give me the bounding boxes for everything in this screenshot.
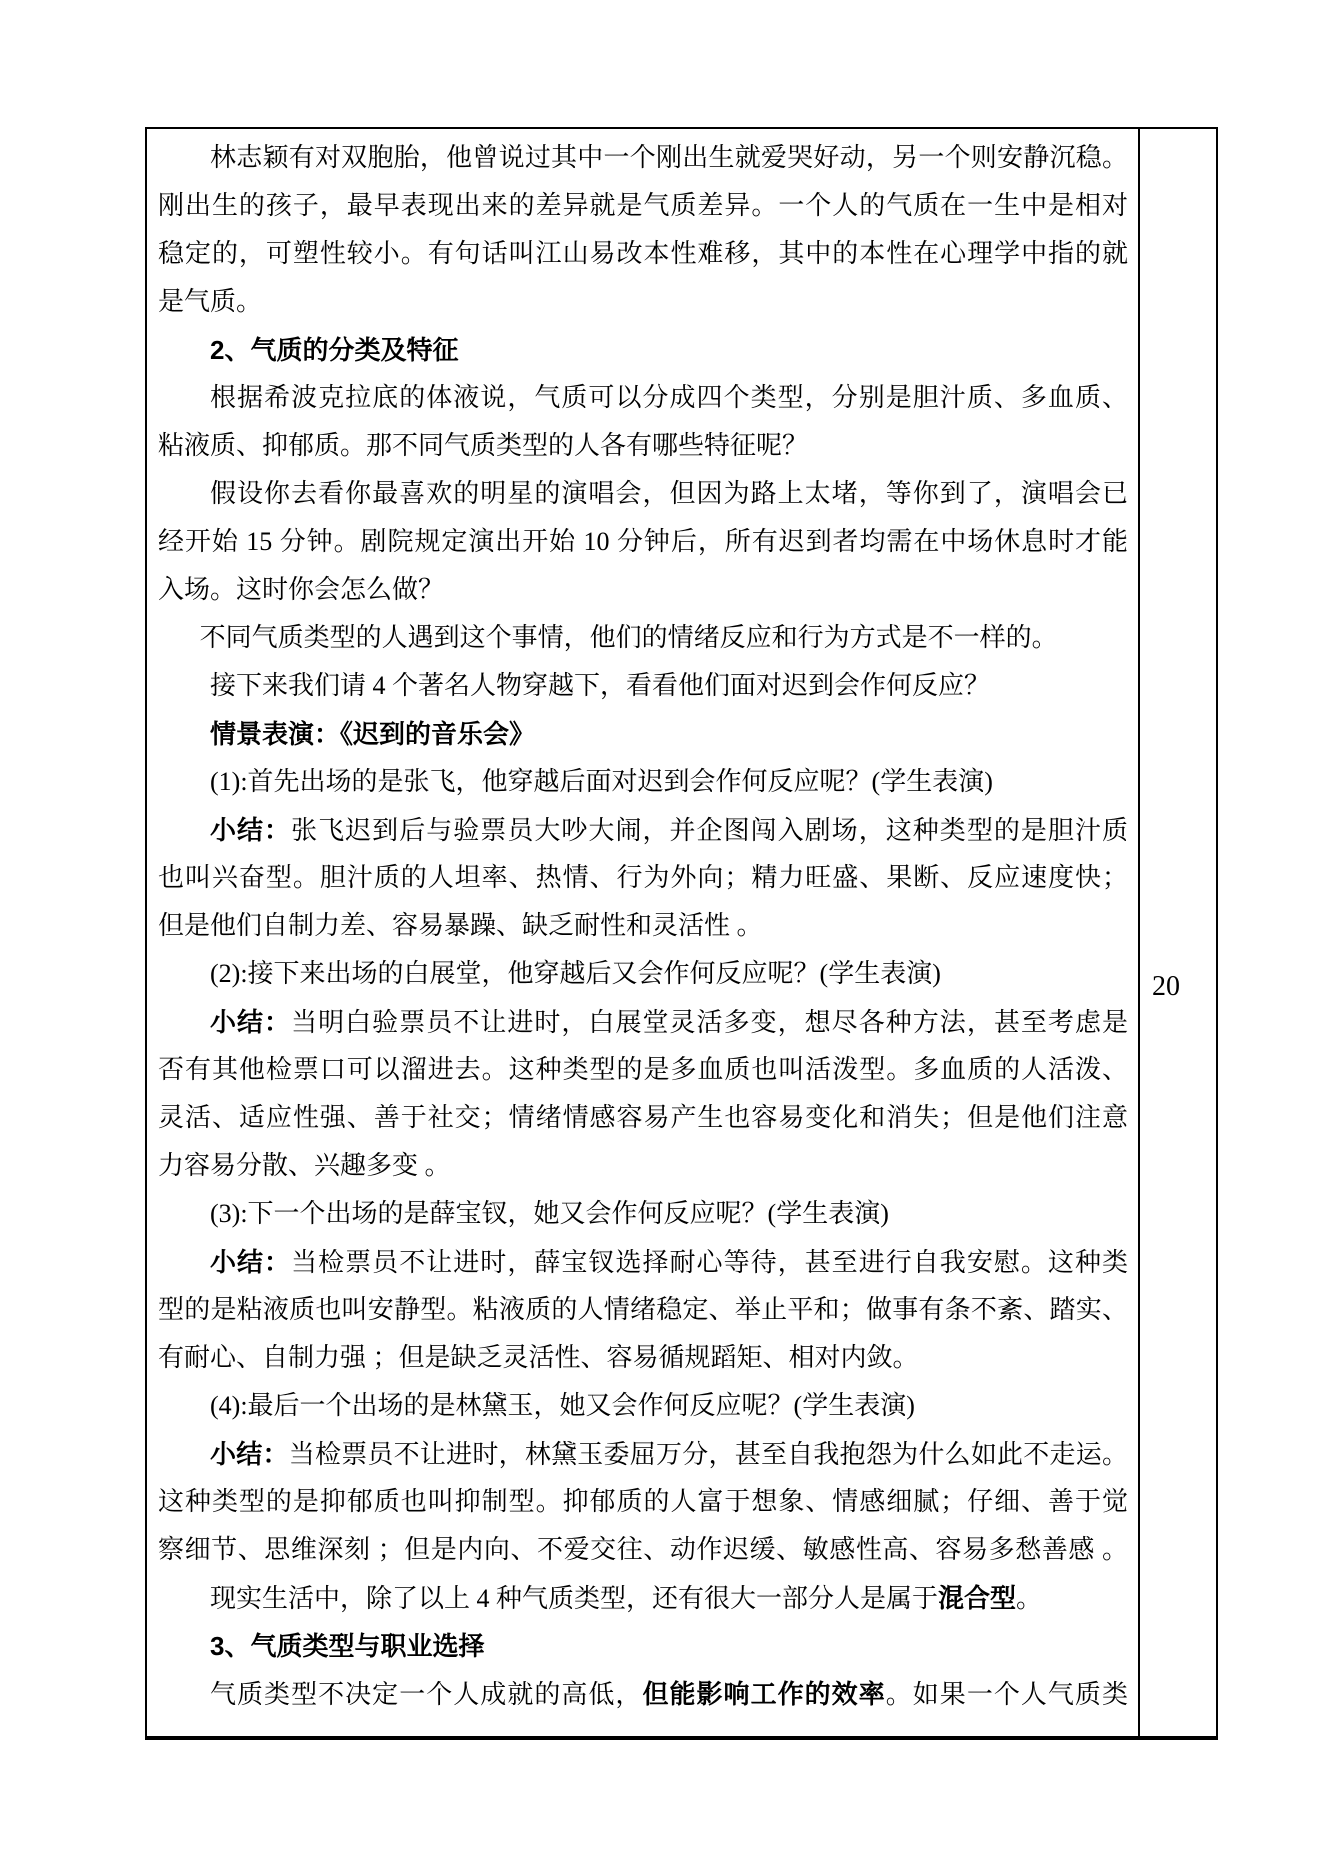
text-line: 气质类型不决定一个人成就的高低，但能影响工作的效率。如果一个人气质类 <box>158 1670 1128 1718</box>
text-segment: 现实生活中，除了以上 4 种气质类型，还有很大一部分人是属于 <box>210 1584 938 1613</box>
text-line: 这种类型的是抑郁质也叫抑制型。抑郁质的人富于想象、情感细腻；仔细、善于觉 <box>158 1478 1128 1526</box>
text-line: 否有其他检票口可以溜进去。这种类型的是多血质也叫活泼型。多血质的人活泼、 <box>158 1046 1128 1094</box>
text-line: 力容易分散、兴趣多变 。 <box>158 1142 1128 1190</box>
text-segment: 张飞迟到后与验票员大吵大闹，并企图闯入剧场，这种类型的是胆汁质 <box>291 816 1128 845</box>
text-segment: 经开始 15 分钟。剧院规定演出开始 10 分钟后，所有迟到者均需在中场休息时才… <box>158 527 1128 556</box>
text-segment: 刚出生的孩子，最早表现出来的差异就是气质差异。一个人的气质在一生中是相对 <box>158 191 1128 220</box>
text-line: 小结：当明白验票员不让进时，白展堂灵活多变，想尽各种方法，甚至考虑是 <box>158 998 1128 1046</box>
text-segment: 有耐心、自制力强 ；但是缺乏灵活性、容易循规蹈矩、相对内敛。 <box>158 1343 919 1372</box>
text-line: 小结：张飞迟到后与验票员大吵大闹，并企图闯入剧场，这种类型的是胆汁质 <box>158 806 1128 854</box>
bold-text-segment: 小结： <box>210 1247 291 1277</box>
time-allocation-value: 20 <box>1152 972 1180 1002</box>
text-segment: 当检票员不让进时，林黛玉委屈万分，甚至自我抱怨为什么如此不走运。 <box>289 1440 1128 1469</box>
text-line: 2、气质的分类及特征 <box>158 326 1128 374</box>
document-page: { "page": { "background_color": "#ffffff… <box>0 0 1323 1871</box>
text-line: 假设你去看你最喜欢的明星的演唱会，但因为路上太堵，等你到了，演唱会已 <box>158 470 1128 518</box>
text-line: 接下来我们请 4 个著名人物穿越下，看看他们面对迟到会作何反应？ <box>158 662 1128 710</box>
text-segment: 当检票员不让进时，薛宝钗选择耐心等待，甚至进行自我安慰。这种类 <box>291 1248 1128 1277</box>
bold-text-segment: 3、气质类型与职业选择 <box>210 1631 484 1661</box>
text-line: 情景表演：《迟到的音乐会》 <box>158 710 1128 758</box>
text-line: 稳定的，可塑性较小。有句话叫江山易改本性难移，其中的本性在心理学中指的就 <box>158 230 1128 278</box>
text-line: 经开始 15 分钟。剧院规定演出开始 10 分钟后，所有迟到者均需在中场休息时才… <box>158 518 1128 566</box>
text-line: (4):最后一个出场的是林黛玉，她又会作何反应呢？(学生表演) <box>158 1382 1128 1430</box>
lesson-content-cell: 林志颖有对双胞胎，他曾说过其中一个刚出生就爱哭好动，另一个则安静沉稳。刚出生的孩… <box>147 129 1140 1736</box>
text-segment: (2):接下来出场的白展堂，他穿越后又会作何反应呢？(学生表演) <box>210 959 941 988</box>
text-segment: 不同气质类型的人遇到这个事情，他们的情绪反应和行为方式是不一样的。 <box>200 623 1058 652</box>
bold-text-segment: 混合型 <box>938 1583 1016 1613</box>
text-line: (1):首先出场的是张飞，他穿越后面对迟到会作何反应呢？(学生表演) <box>158 758 1128 806</box>
text-segment: 。如果一个人气质类 <box>886 1680 1128 1709</box>
text-segment: 也叫兴奋型。胆汁质的人坦率、热情、行为外向；精力旺盛、果断、反应速度快； <box>158 863 1128 892</box>
text-line: 是气质。 <box>158 278 1128 326</box>
text-segment: 察细节、思维深刻 ；但是内向、不爱交往、动作迟缓、敏感性高、容易多愁善感 。 <box>158 1535 1128 1564</box>
text-line: 不同气质类型的人遇到这个事情，他们的情绪反应和行为方式是不一样的。 <box>158 614 1128 662</box>
text-line: 有耐心、自制力强 ；但是缺乏灵活性、容易循规蹈矩、相对内敛。 <box>158 1334 1128 1382</box>
text-segment: 灵活、适应性强、善于社交；情绪情感容易产生也容易变化和消失；但是他们注意 <box>158 1103 1128 1132</box>
text-line: 也叫兴奋型。胆汁质的人坦率、热情、行为外向；精力旺盛、果断、反应速度快； <box>158 854 1128 902</box>
bold-text-segment: 小结： <box>210 1439 289 1469</box>
text-line: 但是他们自制力差、容易暴躁、缺乏耐性和灵活性 。 <box>158 902 1128 950</box>
text-segment: 当明白验票员不让进时，白展堂灵活多变，想尽各种方法，甚至考虑是 <box>291 1008 1128 1037</box>
text-line: 小结：当检票员不让进时，薛宝钗选择耐心等待，甚至进行自我安慰。这种类 <box>158 1238 1128 1286</box>
text-line: 察细节、思维深刻 ；但是内向、不爱交往、动作迟缓、敏感性高、容易多愁善感 。 <box>158 1526 1128 1574</box>
text-segment: 假设你去看你最喜欢的明星的演唱会，但因为路上太堵，等你到了，演唱会已 <box>210 479 1128 508</box>
text-segment: 气质类型不决定一个人成就的高低， <box>210 1680 642 1709</box>
text-segment: 但是他们自制力差、容易暴躁、缺乏耐性和灵活性 。 <box>158 911 763 940</box>
text-segment: 型的是粘液质也叫安静型。粘液质的人情绪稳定、举止平和；做事有条不紊、踏实、 <box>158 1295 1128 1324</box>
text-segment: 是气质。 <box>158 287 262 316</box>
text-segment: (3):下一个出场的是薛宝钗，她又会作何反应呢？(学生表演) <box>210 1199 889 1228</box>
text-line: 现实生活中，除了以上 4 种气质类型，还有很大一部分人是属于混合型。 <box>158 1574 1128 1622</box>
bold-text-segment: 小结： <box>210 815 291 845</box>
text-segment: 根据希波克拉底的体液说，气质可以分成四个类型，分别是胆汁质、多血质、 <box>210 383 1128 412</box>
text-line: 根据希波克拉底的体液说，气质可以分成四个类型，分别是胆汁质、多血质、 <box>158 374 1128 422</box>
bold-text-segment: 小结： <box>210 1007 291 1037</box>
text-line: 入场。这时你会怎么做？ <box>158 566 1128 614</box>
text-segment: 稳定的，可塑性较小。有句话叫江山易改本性难移，其中的本性在心理学中指的就 <box>158 239 1128 268</box>
lesson-plan-table: 林志颖有对双胞胎，他曾说过其中一个刚出生就爱哭好动，另一个则安静沉稳。刚出生的孩… <box>145 127 1218 1740</box>
text-line: 刚出生的孩子，最早表现出来的差异就是气质差异。一个人的气质在一生中是相对 <box>158 182 1128 230</box>
bold-text-segment: 情景表演：《迟到的音乐会》 <box>210 719 535 749</box>
text-line: 3、气质类型与职业选择 <box>158 1622 1128 1670</box>
text-segment: 粘液质、抑郁质。那不同气质类型的人各有哪些特征呢？ <box>158 431 808 460</box>
text-segment: 这种类型的是抑郁质也叫抑制型。抑郁质的人富于想象、情感细腻；仔细、善于觉 <box>158 1487 1128 1516</box>
text-line: (3):下一个出场的是薛宝钗，她又会作何反应呢？(学生表演) <box>158 1190 1128 1238</box>
text-line: 灵活、适应性强、善于社交；情绪情感容易产生也容易变化和消失；但是他们注意 <box>158 1094 1128 1142</box>
text-segment: 林志颖有对双胞胎，他曾说过其中一个刚出生就爱哭好动，另一个则安静沉稳。 <box>210 143 1128 172</box>
text-segment: 力容易分散、兴趣多变 。 <box>158 1151 451 1180</box>
bold-text-segment: 2、气质的分类及特征 <box>210 335 458 365</box>
text-segment: 否有其他检票口可以溜进去。这种类型的是多血质也叫活泼型。多血质的人活泼、 <box>158 1055 1128 1084</box>
text-segment: 。 <box>1016 1584 1042 1613</box>
text-line: (2):接下来出场的白展堂，他穿越后又会作何反应呢？(学生表演) <box>158 950 1128 998</box>
text-segment: (4):最后一个出场的是林黛玉，她又会作何反应呢？(学生表演) <box>210 1391 915 1420</box>
text-segment: (1):首先出场的是张飞，他穿越后面对迟到会作何反应呢？(学生表演) <box>210 767 993 796</box>
text-line: 型的是粘液质也叫安静型。粘液质的人情绪稳定、举止平和；做事有条不紊、踏实、 <box>158 1286 1128 1334</box>
bold-text-segment: 但能影响工作的效率 <box>642 1679 885 1709</box>
text-segment: 入场。这时你会怎么做？ <box>158 575 444 604</box>
text-line: 小结：当检票员不让进时，林黛玉委屈万分，甚至自我抱怨为什么如此不走运。 <box>158 1430 1128 1478</box>
text-line: 林志颖有对双胞胎，他曾说过其中一个刚出生就爱哭好动，另一个则安静沉稳。 <box>158 134 1128 182</box>
time-allocation-cell: 20 <box>1140 129 1216 1736</box>
text-line: 粘液质、抑郁质。那不同气质类型的人各有哪些特征呢？ <box>158 422 1128 470</box>
text-segment: 接下来我们请 4 个著名人物穿越下，看看他们面对迟到会作何反应？ <box>210 671 990 700</box>
